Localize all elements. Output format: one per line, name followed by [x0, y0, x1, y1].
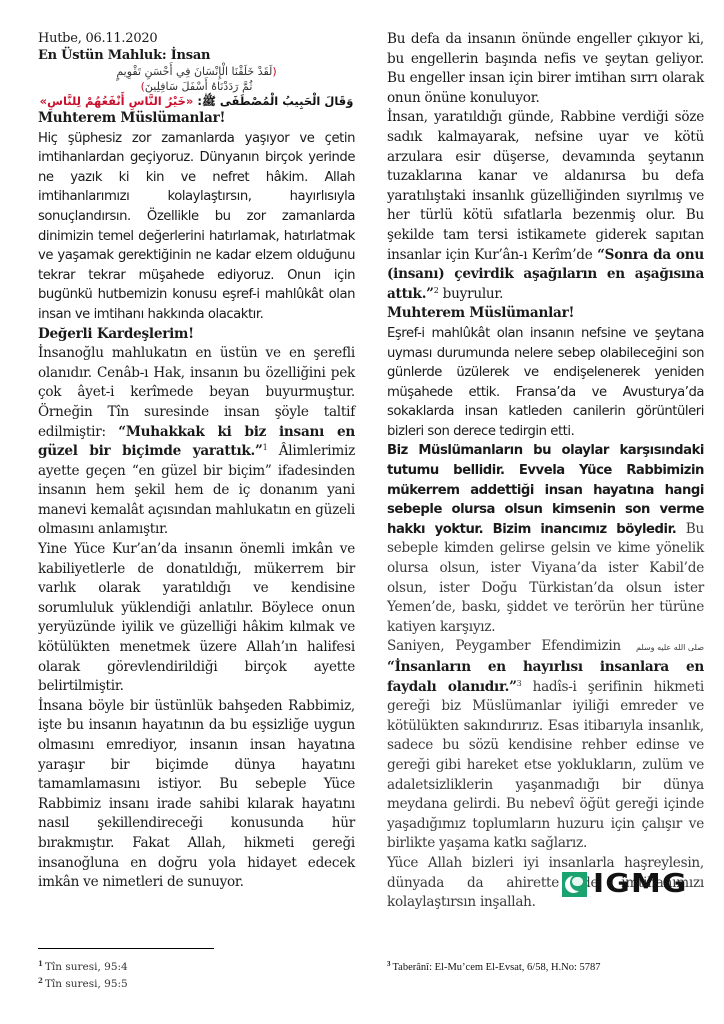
footnote-1: 1Tîn suresi, 95:4: [38, 957, 128, 974]
paragraph-engeller: Bu defa da insanın önünde engeller çıkıy…: [387, 30, 704, 108]
hadith-text: «خَيْرُ النَّاسِ أَنْفَعُهُمْ لِلنَّاسِ»: [40, 94, 194, 108]
paragraph-insan-soz: İnsan, yaratıldığı günde, Rabbine verdiğ…: [387, 108, 704, 304]
footnote-number: 3: [387, 960, 391, 968]
verse-line-2: ثُمَّ رَدَدْنَاهُ أَسْفَلَ سَافِلِينَ): [38, 79, 355, 94]
verse-text-1: لَقَدْ خَلَقْنَا الْإِنْسَانَ فِي أَحْسَ…: [116, 65, 272, 78]
paragraph-intro: Hiç şüphesiz zor zamanlarda yaşıyor ve ç…: [38, 129, 355, 325]
verse-text-2: ثُمَّ رَدَدْنَاهُ أَسْفَلَ سَافِلِينَ: [145, 80, 253, 93]
para-text: İnsan, yaratıldığı günde, Rabbine verdiğ…: [387, 109, 704, 262]
paragraph-insanoglu: İnsanoğlu mahlukatın en üstün ve en şere…: [38, 344, 355, 540]
igmg-logo: IGMG: [562, 871, 675, 897]
para-text: buyrulur.: [439, 286, 504, 302]
footnote-number: 1: [38, 959, 43, 968]
footnote-text: Tîn suresi, 95:4: [45, 961, 128, 973]
verse-open-paren: (: [272, 65, 276, 78]
hadith-line: وَقَالَ الْحَبِيبُ الْمُصْطَفَى ﷺ: «خَيْ…: [38, 94, 355, 109]
footnote-2: 2Tîn suresi, 95:5: [38, 974, 128, 991]
paragraph-rabbimiz: İnsana böyle bir üstünlük bahşeden Rabbi…: [38, 697, 355, 893]
footnotes-right: 3Taberânî: El-Mu’cem El-Evsat, 6/58, H.N…: [387, 957, 601, 975]
paragraph-tutum: Biz Müslümanların bu olaylar karşısındak…: [387, 441, 704, 637]
footnote-separator: [38, 948, 214, 949]
sermon-title: En Üstün Mahluk: İnsan: [38, 47, 355, 64]
paragraph-saniyen: Saniyen, Peygamber Efendimizin صلى الله …: [387, 637, 704, 854]
hadith-intro: وَقَالَ الْحَبِيبُ الْمُصْطَفَى ﷺ:: [197, 94, 353, 108]
logo-text: IGMG: [593, 871, 688, 897]
heading-muhterem: Muhterem Müslümanlar!: [38, 109, 355, 129]
paragraph-kuran: Yine Yüce Kur’an’da insanın önemli imkân…: [38, 540, 355, 697]
footnote-3: 3Taberânî: El-Mu’cem El-Evsat, 6/58, H.N…: [387, 957, 601, 975]
footnote-number: 2: [38, 976, 43, 985]
bold-statement: Biz Müslümanların bu olaylar karşısındak…: [387, 443, 704, 536]
heading-degerli: Değerli Kardeşlerim!: [38, 325, 355, 345]
paragraph-esref: Eşref-i mahlûkât olan insanın nefsine ve…: [387, 324, 704, 442]
footnote-text: Tîn suresi, 95:5: [45, 978, 128, 990]
para-text: hadîs-i şerifinin hikmeti gereği biz Müs…: [387, 679, 704, 852]
crescent-logo-icon: [562, 872, 587, 897]
verse-line-1: (لَقَدْ خَلَقْنَا الْإِنْسَانَ فِي أَحْس…: [38, 64, 355, 79]
salawat-glyph: صلى الله عليه وسلم: [636, 638, 704, 658]
date-line: Hutbe, 06.11.2020: [38, 30, 355, 47]
para-text: Saniyen, Peygamber Efendimizin: [387, 638, 632, 654]
para-text: Bu sebeple kimden gelirse gelsin ve kime…: [387, 521, 704, 635]
footnote-text: Taberânî: El-Mu’cem El-Evsat, 6/58, H.No…: [393, 962, 601, 973]
heading-muhterem-2: Muhterem Müslümanlar!: [387, 304, 704, 324]
footnotes-left: 1Tîn suresi, 95:4 2Tîn suresi, 95:5: [38, 957, 128, 991]
left-column: Hutbe, 06.11.2020 En Üstün Mahluk: İnsan…: [38, 30, 355, 893]
right-column: Bu defa da insanın önünde engeller çıkıy…: [387, 30, 704, 913]
